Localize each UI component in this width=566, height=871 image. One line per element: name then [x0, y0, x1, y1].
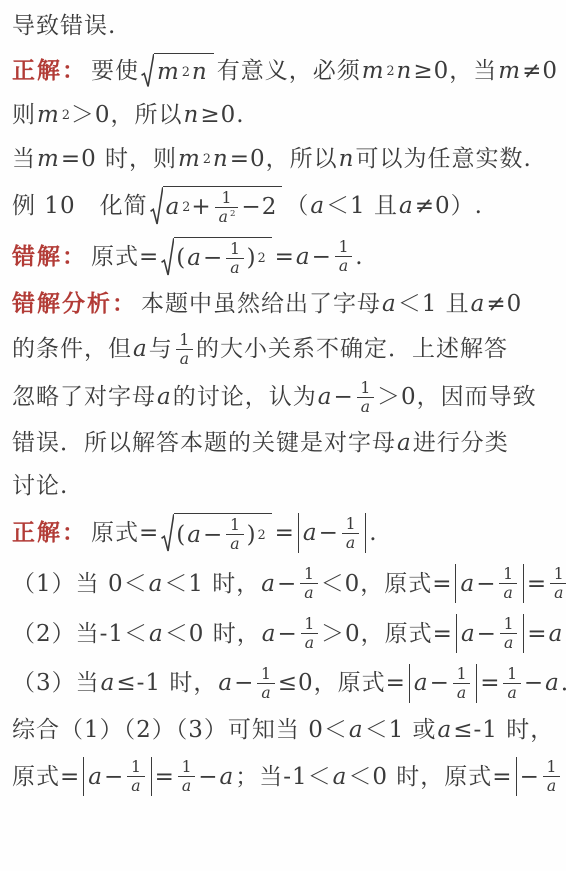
cjk-text: 1: [547, 758, 557, 776]
cjk-text: ): [247, 519, 257, 551]
cjk-text: −2: [241, 191, 277, 223]
fraction-denominator: a: [257, 683, 274, 702]
cjk-text: ．: [561, 667, 566, 699]
fraction: 1a: [300, 565, 317, 602]
cjk-text: 原式=: [91, 241, 159, 273]
radical-icon: [150, 186, 163, 226]
sqrt-expression: (a−1a)2: [161, 237, 271, 277]
cjk-text: =: [527, 618, 547, 650]
fraction-numerator: 1: [301, 565, 317, 583]
cjk-text: ＞0，原式=: [321, 618, 453, 650]
cjk-text: 有意义，必须: [217, 55, 361, 87]
cjk-text: 当: [12, 143, 36, 175]
radicand: (a−1a)2: [174, 237, 271, 277]
fraction-numerator: 1: [454, 665, 470, 683]
fraction-numerator: 1: [336, 238, 352, 256]
superscript: 2: [230, 209, 235, 219]
math-variable: a: [437, 714, 454, 746]
fraction-denominator: a: [453, 683, 470, 702]
absolute-value: a−1a: [298, 513, 366, 553]
math-variable: a: [548, 618, 565, 650]
math-variable: m: [361, 55, 386, 87]
cjk-text: 1: [222, 189, 232, 207]
cjk-text: ＜1 时，: [164, 568, 260, 600]
radical-icon: [161, 513, 174, 553]
cjk-text: 1: [360, 379, 370, 397]
math-variable: m: [156, 56, 181, 88]
math-variable: m: [177, 143, 202, 175]
cjk-text: ＜0，原式=: [321, 568, 453, 600]
math-variable: a: [338, 256, 349, 275]
cjk-text: −: [198, 761, 218, 793]
cjk-text: (: [176, 242, 186, 274]
fraction-denominator: a: [342, 533, 359, 552]
fraction-numerator: 1: [227, 240, 243, 258]
math-variable: a: [181, 776, 192, 795]
math-variable: a: [165, 191, 182, 223]
fraction: 1a: [301, 615, 318, 652]
fraction-denominator: a: [178, 776, 195, 795]
math-variable: a: [179, 349, 190, 368]
cjk-text: 1: [230, 516, 240, 534]
math-variable: a: [460, 618, 477, 650]
cjk-text: 1: [339, 238, 349, 256]
cjk-text: 则: [12, 99, 36, 131]
radical-icon: [161, 237, 174, 277]
fraction: 1a: [499, 565, 516, 602]
cjk-text: .: [369, 517, 377, 549]
math-variable: a: [130, 776, 141, 795]
absolute-value: a−1a: [456, 614, 524, 653]
fraction: 1a: [127, 758, 144, 795]
cjk-text: 导致错误.: [12, 10, 116, 42]
math-variable: a: [186, 242, 203, 274]
fraction-numerator: 1: [504, 665, 520, 683]
fraction-numerator: 1: [176, 331, 192, 349]
cjk-text: 1: [182, 758, 192, 776]
cjk-text: 忽略了对字母: [12, 381, 156, 413]
math-variable: a: [470, 288, 487, 320]
math-variable: n: [183, 99, 201, 131]
cjk-text: =: [155, 761, 175, 793]
fraction: 1a: [226, 516, 243, 553]
sqrt-expression: a2+1a2−2: [150, 186, 283, 226]
cjk-text: ≤-1 时，: [116, 667, 217, 699]
fraction: 1a: [226, 240, 243, 277]
text-line: 则 m2＞0，所以 n≥0.: [12, 99, 558, 131]
fraction-numerator: 1: [301, 615, 317, 633]
math-variable: a: [502, 583, 513, 602]
fraction-numerator: 1: [500, 565, 516, 583]
text-line: 忽略了对字母 a 的讨论，认为a−1a＞0，因而导致: [12, 379, 558, 416]
cjk-text: 1: [304, 565, 314, 583]
cjk-text: 错误．所以解答本题的关键是对字母: [12, 427, 396, 459]
cjk-text: 进行分类: [413, 427, 509, 459]
cjk-text: −: [476, 568, 496, 600]
absolute-value: a−1a: [83, 757, 151, 796]
math-variable: a: [148, 618, 165, 650]
math-variable: a: [503, 633, 514, 652]
cjk-text: .: [355, 241, 363, 273]
math-variable: a: [260, 683, 271, 702]
cjk-text: 1: [504, 615, 514, 633]
math-variable: a: [261, 618, 278, 650]
text-line: 错解：原式=(a−1a)2=a−1a.: [12, 237, 558, 277]
text-line: 讨论.: [12, 470, 558, 502]
math-variable: a: [219, 761, 236, 793]
cjk-text: 1: [304, 615, 314, 633]
math-variable: a: [546, 776, 557, 795]
cjk-text: ＞0，所以: [71, 99, 183, 131]
cjk-text: ＜0 时，原式=: [348, 761, 512, 793]
text-line: 例 10 化简a2+1a2−2（a＜1 且 a≠0）.: [12, 186, 558, 226]
math-variable: m: [36, 99, 61, 131]
cjk-text: +: [191, 191, 211, 223]
cjk-text: (: [176, 519, 186, 551]
cjk-text: 综合（1）（2）（3）可知当 0＜: [12, 714, 348, 746]
math-variable: a: [381, 288, 398, 320]
math-variable: n: [191, 56, 209, 88]
math-variable: n: [338, 143, 356, 175]
cjk-text: 1: [261, 665, 271, 683]
fraction-numerator: 1: [179, 758, 195, 776]
math-variable: a: [229, 534, 240, 553]
cjk-text: 的条件，但: [12, 333, 132, 365]
math-variable: a: [186, 519, 203, 551]
cjk-text: −: [203, 519, 223, 551]
fraction-numerator: 1: [227, 516, 243, 534]
fraction-numerator: 1: [544, 758, 560, 776]
fraction: 1a: [335, 238, 352, 275]
cjk-text: −: [430, 667, 450, 699]
cjk-text: 本题中虽然给出了字母: [141, 288, 381, 320]
fraction: 1a2: [215, 189, 239, 226]
cjk-text: （1）当 0＜: [12, 568, 148, 600]
cjk-text: 1: [179, 331, 189, 349]
text-line: （1）当 0＜a＜1 时，a−1a＜0，原式=a−1a=1a−a；: [12, 564, 558, 603]
cjk-text: 例 10 化简: [12, 190, 148, 222]
math-variable: a: [132, 333, 149, 365]
cjk-text: −: [524, 667, 544, 699]
radicand: m2n: [154, 53, 214, 88]
math-variable: a: [553, 583, 564, 602]
sqrt-expression: (a−1a)2: [161, 513, 271, 553]
text-line: 原式=a−1a=1a−a；当-1＜a＜0 时，原式=−1a=a−1a: [12, 757, 558, 796]
fraction-numerator: 1: [357, 379, 373, 397]
cjk-text: =0 时，则: [61, 143, 177, 175]
fraction-denominator: a: [500, 633, 517, 652]
math-variable: a: [303, 583, 314, 602]
text-line: 导致错误.: [12, 10, 558, 42]
cjk-text: 与: [149, 333, 173, 365]
math-variable: m: [497, 55, 522, 87]
text-line: （3）当 a≤-1 时，a−1a≤0，原式=a−1a=1a−a．: [12, 664, 558, 703]
radicand: a2+1a2−2: [163, 186, 283, 226]
cjk-text: 讨论.: [12, 470, 68, 502]
cjk-text: 原式=: [12, 761, 80, 793]
solution-label: 错解分析：: [12, 288, 137, 320]
cjk-text: 1: [457, 665, 467, 683]
cjk-text: =: [275, 517, 295, 549]
fraction: 1a: [500, 615, 517, 652]
text-line: 的条件，但 a 与1a的大小关系不确定．上述解答: [12, 331, 558, 368]
solution-label: 正解：: [12, 55, 87, 87]
math-variable: n: [396, 55, 414, 87]
cjk-text: −: [277, 568, 297, 600]
math-variable: a: [317, 381, 334, 413]
math-variable: a: [260, 568, 277, 600]
fraction-denominator: a: [301, 633, 318, 652]
cjk-text: −: [312, 241, 332, 273]
cjk-text: ＜1 或: [365, 714, 437, 746]
cjk-text: （3）当: [12, 667, 100, 699]
text-line: 错解分析：本题中虽然给出了字母 a＜1 且 a≠0: [12, 288, 558, 320]
fraction-denominator: a2: [215, 207, 239, 226]
fraction-denominator: a: [226, 258, 243, 277]
cjk-text: −: [333, 381, 353, 413]
cjk-text: 1: [503, 565, 513, 583]
math-variable: a: [218, 207, 229, 226]
cjk-text: −: [277, 618, 297, 650]
cjk-text: ≤-1 时，: [453, 714, 554, 746]
math-variable: a: [100, 667, 117, 699]
cjk-text: 要使: [91, 55, 139, 87]
fraction-denominator: a: [550, 583, 566, 602]
cjk-text: =0，所以: [230, 143, 338, 175]
cjk-text: ≠0 时，: [522, 55, 566, 87]
absolute-value: a−1a: [455, 564, 523, 603]
fraction-denominator: a: [300, 583, 317, 602]
math-variable: a: [295, 241, 312, 273]
cjk-text: =: [527, 568, 547, 600]
radical-icon: [141, 53, 154, 88]
fraction-denominator: a: [357, 397, 374, 416]
cjk-text: −: [319, 517, 339, 549]
radicand: (a−1a)2: [174, 513, 271, 553]
cjk-text: 可以为任意实数.: [355, 143, 531, 175]
fraction-denominator: a: [176, 349, 193, 368]
math-variable: n: [212, 143, 230, 175]
fraction: 1a: [178, 758, 195, 795]
text-line: 错误．所以解答本题的关键是对字母 a 进行分类: [12, 427, 558, 459]
fraction-denominator: a: [503, 683, 520, 702]
math-variable: a: [332, 761, 349, 793]
cjk-text: ): [247, 242, 257, 274]
fraction-denominator: a: [543, 776, 560, 795]
math-variable: a: [456, 683, 467, 702]
text-line: （2）当-1＜a＜0 时，a−1a＞0，原式=a−1a=a−1a；: [12, 614, 558, 653]
cjk-text: −: [104, 761, 124, 793]
fraction-numerator: 1: [258, 665, 274, 683]
math-variable: a: [506, 683, 517, 702]
solution-label: 正解：: [12, 517, 87, 549]
math-variable: a: [413, 667, 430, 699]
fraction-numerator: 1: [128, 758, 144, 776]
cjk-text: 的讨论，认为: [173, 381, 317, 413]
math-variable: a: [360, 397, 371, 416]
math-variable: a: [396, 427, 413, 459]
cjk-text: （2）当-1＜: [12, 618, 148, 650]
cjk-text: −: [477, 618, 497, 650]
cjk-text: 1: [346, 515, 356, 533]
cjk-text: ＜0 时，: [165, 618, 261, 650]
fraction: 1a: [453, 665, 470, 702]
cjk-text: ＜1 且: [398, 288, 470, 320]
math-variable: a: [302, 517, 319, 549]
cjk-text: ；当-1＜: [235, 761, 331, 793]
cjk-text: −: [234, 667, 254, 699]
cjk-text: −: [203, 242, 223, 274]
cjk-text: =: [275, 241, 295, 273]
sqrt-expression: m2n: [141, 53, 214, 88]
math-variable: a: [148, 568, 165, 600]
cjk-text: 1: [507, 665, 517, 683]
math-variable: a: [345, 533, 356, 552]
fraction: 1a: [550, 565, 566, 602]
cjk-text: ≥0.: [200, 99, 244, 131]
absolute-value: −1a: [516, 757, 566, 796]
fraction-denominator: a: [335, 256, 352, 275]
text-line: 综合（1）（2）（3）可知当 0＜a＜1 或 a≤-1 时，: [12, 714, 558, 746]
cjk-text: ＜1 且: [326, 190, 398, 222]
fraction: 1a: [543, 758, 560, 795]
math-variable: m: [36, 143, 61, 175]
cjk-text: ≠0）.: [415, 190, 483, 222]
solution-label: 错解：: [12, 241, 87, 273]
fraction-numerator: 1: [501, 615, 517, 633]
math-variable: a: [309, 190, 326, 222]
cjk-text: ≥0，当: [413, 55, 497, 87]
fraction-numerator: 1: [551, 565, 566, 583]
math-variable: a: [459, 568, 476, 600]
fraction: 1a: [257, 665, 274, 702]
fraction-numerator: 1: [219, 189, 235, 207]
math-variable: a: [229, 258, 240, 277]
fraction: 1a: [342, 515, 359, 552]
cjk-text: 1: [230, 240, 240, 258]
math-variable: a: [217, 667, 234, 699]
cjk-text: −: [520, 761, 540, 793]
math-variable: a: [87, 761, 104, 793]
text-line: 当 m=0 时，则 m2n=0，所以 n 可以为任意实数.: [12, 143, 558, 175]
fraction-numerator: 1: [343, 515, 359, 533]
cjk-text: （: [285, 190, 309, 222]
math-variable: a: [304, 633, 315, 652]
cjk-text: ≤0，原式=: [278, 667, 406, 699]
cjk-text: ≠0: [486, 288, 522, 320]
text-line: 正解：要使m2n有意义，必须 m2n≥0，当 m≠0 时，: [12, 53, 558, 88]
fraction: 1a: [503, 665, 520, 702]
fraction-denominator: a: [226, 534, 243, 553]
math-variable: a: [398, 190, 415, 222]
cjk-text: ＞0，因而导致: [377, 381, 537, 413]
cjk-text: =: [480, 667, 500, 699]
cjk-text: 原式=: [91, 517, 159, 549]
fraction: 1a: [176, 331, 193, 368]
cjk-text: 1: [554, 565, 564, 583]
math-variable: a: [156, 381, 173, 413]
absolute-value: a−1a: [409, 664, 477, 703]
fraction-denominator: a: [499, 583, 516, 602]
fraction-denominator: a: [127, 776, 144, 795]
cjk-text: 的大小关系不确定．上述解答: [196, 333, 508, 365]
cjk-text: 1: [131, 758, 141, 776]
math-variable: a: [544, 667, 561, 699]
text-line: 正解：原式=(a−1a)2=a−1a.: [12, 513, 558, 553]
fraction: 1a: [357, 379, 374, 416]
document-body: 导致错误.正解：要使m2n有意义，必须 m2n≥0，当 m≠0 时，则 m2＞0…: [0, 0, 566, 819]
math-variable: a: [348, 714, 365, 746]
